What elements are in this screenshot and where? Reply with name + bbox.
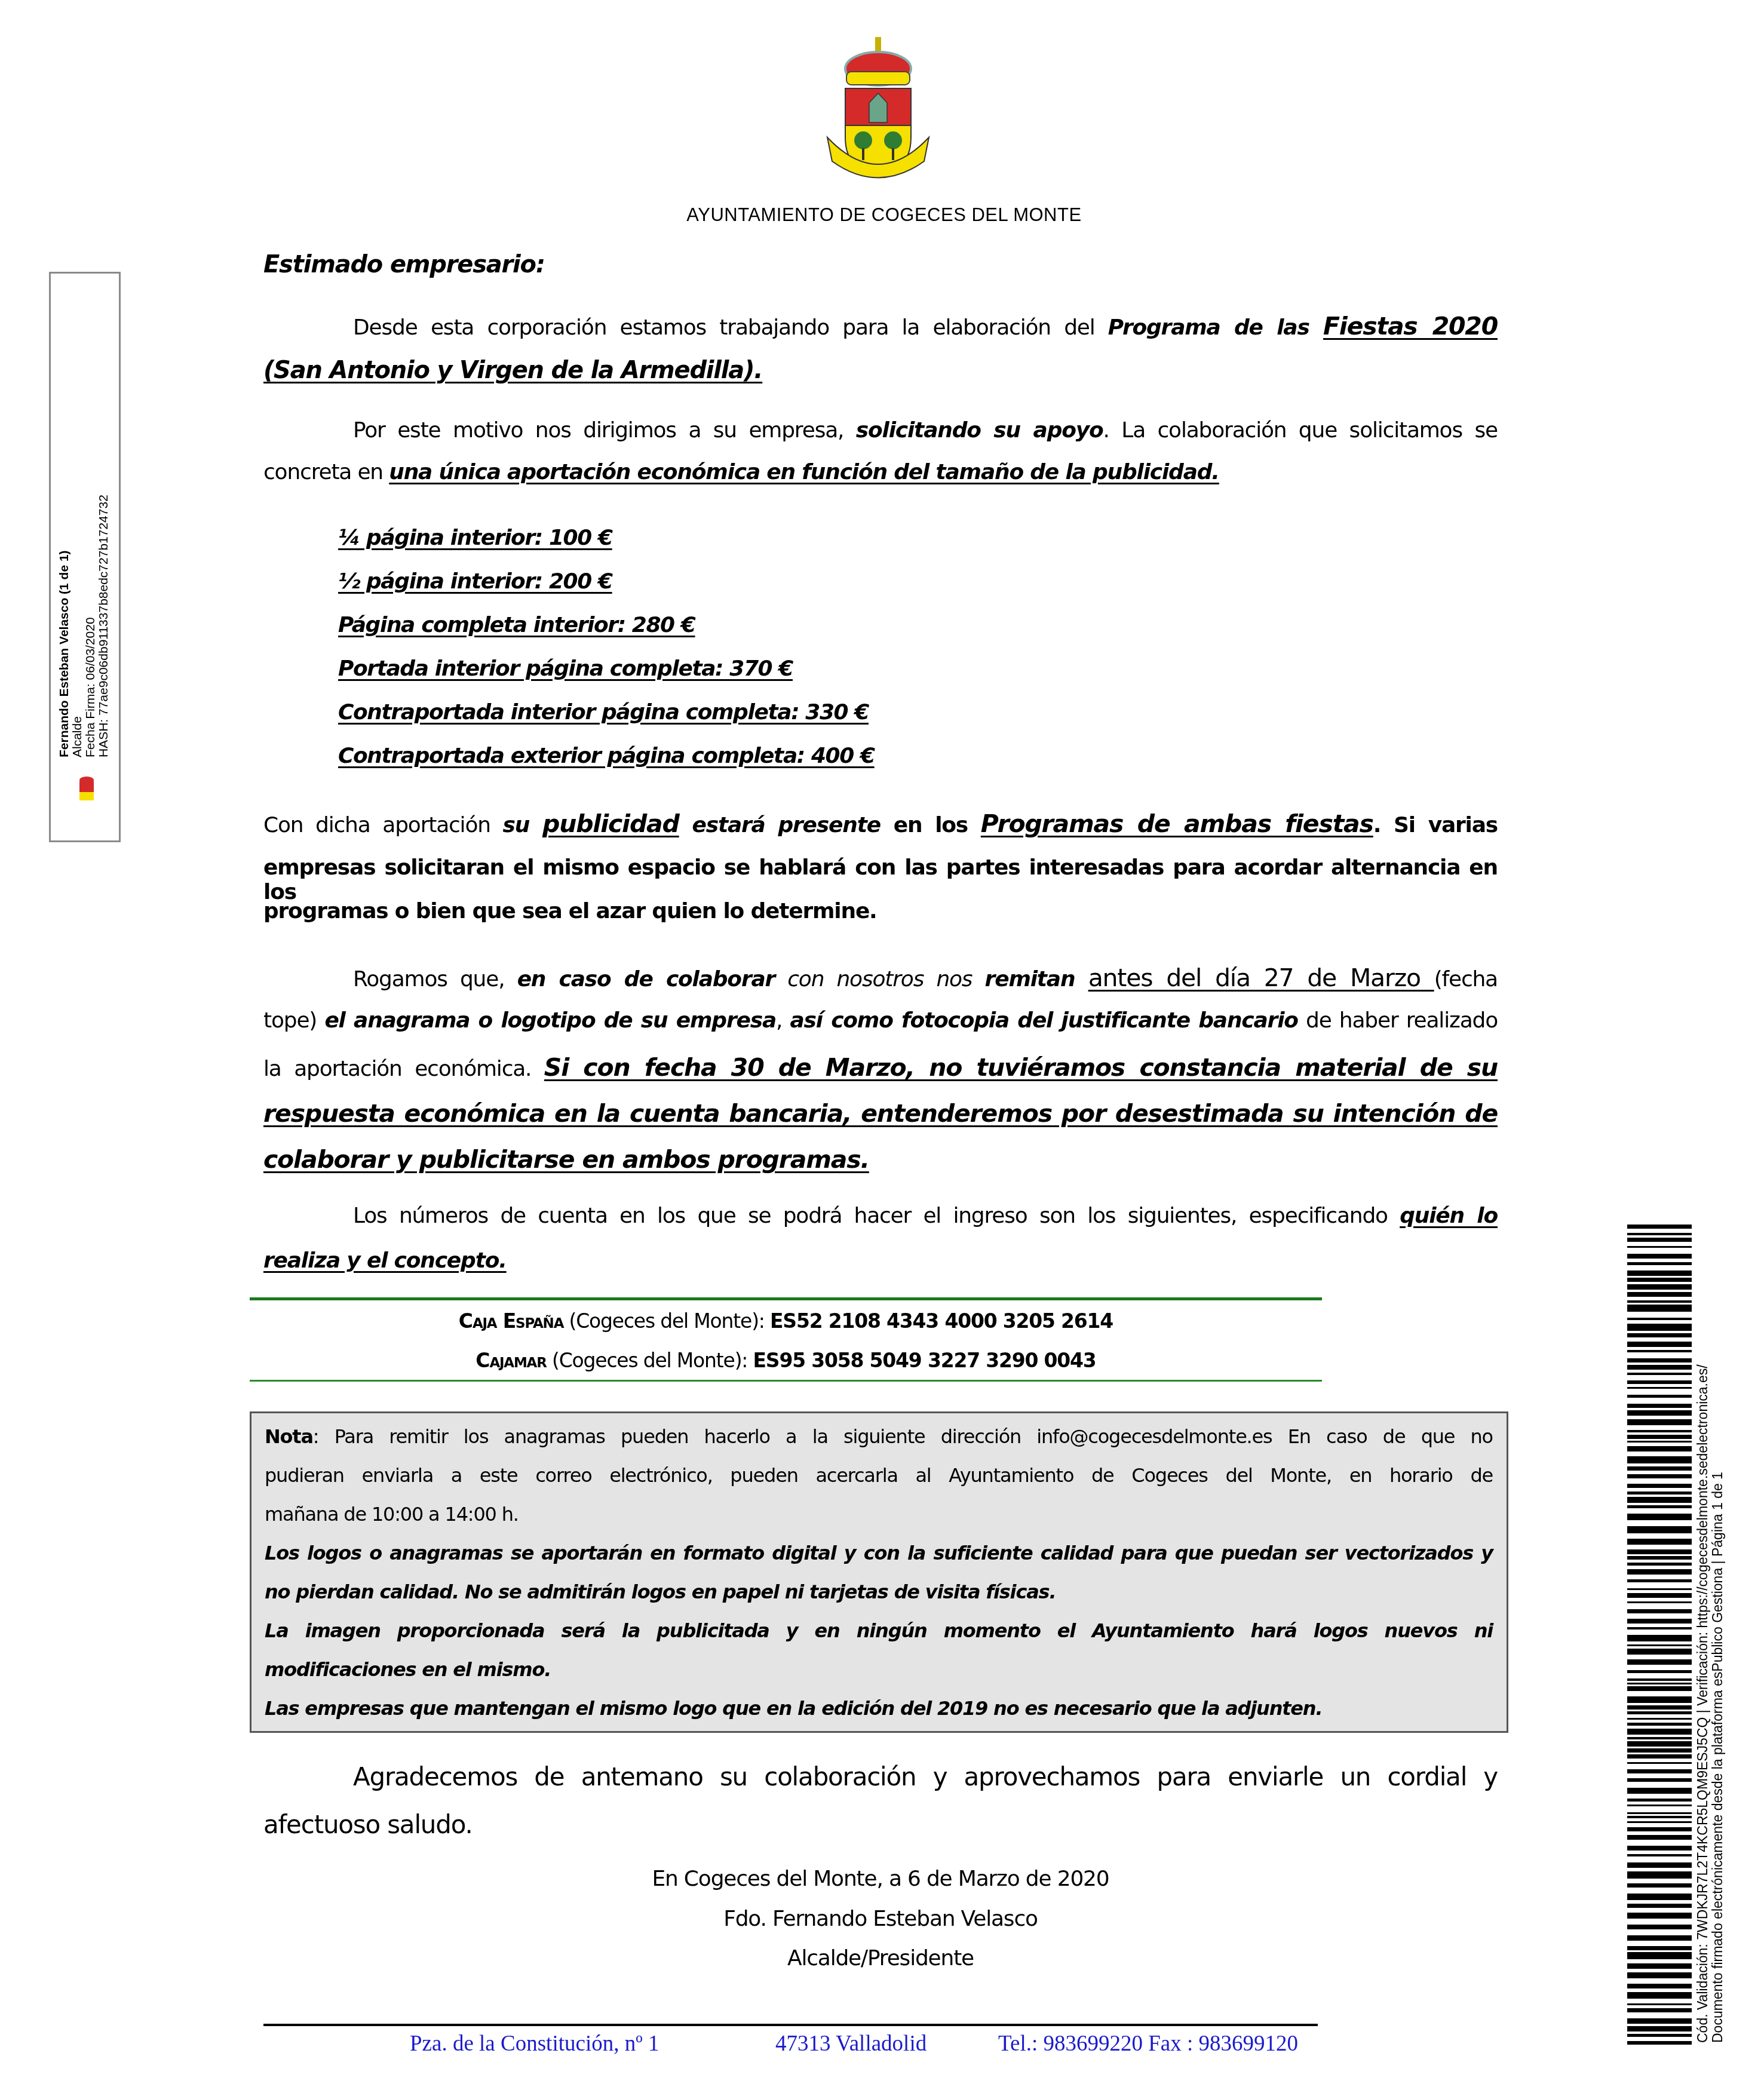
- signature-date: Fecha Firma: 06/03/2020: [84, 399, 97, 757]
- text: solicitando su apoyo: [856, 418, 1103, 443]
- text: Fiestas 2020: [1323, 312, 1498, 340]
- text: . La colaboración que solicitamos se: [1103, 418, 1498, 443]
- text: Programa de las: [1108, 315, 1323, 340]
- signer-name: Fernando Esteban Velasco (1 de 1): [58, 399, 71, 757]
- verification-info: Cód. Validación: 7WDKJR7L2T4KCR5LQM9ESJ5…: [1695, 1207, 1737, 2043]
- text: realiza y el concepto.: [263, 1248, 507, 1273]
- paragraph-4-line-1: Rogamos que, en caso de colaborar con no…: [263, 963, 1498, 992]
- note-line: pudieran enviarla a este correo electrón…: [265, 1464, 1493, 1487]
- text: Los números de cuenta en los que se podr…: [353, 1204, 1400, 1228]
- text: remitan: [985, 967, 1088, 992]
- text: en caso de colaborar: [517, 967, 775, 992]
- crown-icon: [845, 37, 911, 85]
- text: la aportación económica.: [263, 1057, 544, 1081]
- text: en los: [881, 813, 981, 837]
- divider: [250, 1380, 1322, 1382]
- paragraph-1-line-2: (San Antonio y Virgen de la Armedilla).: [263, 357, 1498, 384]
- text: concreta en: [263, 460, 389, 484]
- price-item: Contraportada exterior página completa: …: [338, 744, 875, 768]
- paragraph-4-line-5: colaborar y publicitarse en ambos progra…: [263, 1145, 1498, 1174]
- paragraph-4-line-4: respuesta económica en la cuenta bancari…: [263, 1099, 1498, 1128]
- text: Rogamos que,: [353, 967, 517, 992]
- text: Si con fecha 30 de Marzo, no tuviéramos …: [544, 1053, 1498, 1082]
- text: colaborar y publicitarse en ambos progra…: [263, 1145, 869, 1174]
- text: publicidad: [542, 809, 679, 838]
- note-box: Nota: Para remitir los anagramas pueden …: [250, 1411, 1508, 1733]
- text: . Si varias: [1373, 813, 1498, 837]
- price-item: ½ página interior: 200 €: [338, 569, 612, 594]
- text: de haber realizado: [1298, 1008, 1498, 1033]
- text: Programas de ambas fiestas: [981, 809, 1373, 838]
- signer-name: Fdo. Fernando Esteban Velasco: [263, 1907, 1498, 1931]
- price-item: ¼ página interior: 100 €: [338, 526, 612, 550]
- signer-role: Alcalde/Presidente: [263, 1946, 1498, 1971]
- paragraph-2-line-1: Por este motivo nos dirigimos a su empre…: [263, 418, 1498, 443]
- paragraph-2-line-2: concreta en una única aportación económi…: [263, 460, 1498, 484]
- signature-stamp: Fernando Esteban Velasco (1 de 1) Alcald…: [49, 272, 121, 842]
- paragraph-3-line-2: empresas solicitaran el mismo espacio se…: [263, 855, 1498, 904]
- bank-name: Cajamar: [475, 1349, 546, 1372]
- text: tope): [263, 1008, 324, 1033]
- text: Con dicha aportación: [263, 813, 503, 837]
- note-label: Nota: [265, 1425, 313, 1448]
- postal-code: 47313 Valladolid: [775, 2031, 927, 2057]
- footer-divider: [263, 2024, 1318, 2026]
- place-date: En Cogeces del Monte, a 6 de Marzo de 20…: [263, 1867, 1498, 1891]
- paragraph-5-line-2: realiza y el concepto.: [263, 1248, 1498, 1273]
- signature-hash: HASH: 77ae9c06db911337b8edc727b1724732: [97, 399, 111, 757]
- text: antes del día 27 de Marzo: [1088, 963, 1434, 992]
- mini-crest-icon: [69, 775, 111, 808]
- note-line: no pierdan calidad. No se admitirán logo…: [265, 1581, 1493, 1603]
- signature-details: Fernando Esteban Velasco (1 de 1) Alcald…: [58, 399, 118, 757]
- text: (San Antonio y Virgen de la Armedilla).: [263, 357, 762, 384]
- iban: ES52 2108 4343 4000 3205 2614: [770, 1309, 1113, 1333]
- note-line: modificaciones en el mismo.: [265, 1658, 1493, 1681]
- text: el anagrama o logotipo de su empresa: [324, 1008, 776, 1033]
- paragraph-3-line-3: programas o bien que sea el azar quien l…: [263, 899, 1498, 923]
- organization-name: AYUNTAMIENTO DE COGECES DEL MONTE: [669, 204, 1099, 226]
- paragraph-3-line-1: Con dicha aportación su publicidad estar…: [263, 809, 1498, 838]
- bank-name: Caja España: [459, 1309, 563, 1333]
- text: respuesta económica en la cuenta bancari…: [263, 1099, 1498, 1128]
- text: así como fotocopia del justificante banc…: [790, 1008, 1297, 1033]
- signer-role: Alcalde: [71, 399, 84, 757]
- phone-fax: Tel.: 983699220 Fax : 983699120: [998, 2031, 1298, 2057]
- bank-branch: (Cogeces del Monte):: [547, 1349, 753, 1372]
- divider: [250, 1297, 1322, 1300]
- text: : Para remitir los anagramas pueden hace…: [313, 1425, 1493, 1448]
- validation-code: Cód. Validación: 7WDKJR7L2T4KCR5LQM9ESJ5…: [1695, 1207, 1710, 2043]
- note-line: Los logos o anagramas se aportarán en fo…: [265, 1542, 1493, 1564]
- closing-line-1: Agradecemos de antemano su colaboración …: [263, 1762, 1498, 1791]
- bank-account-row: Cajamar (Cogeces del Monte): ES95 3058 5…: [250, 1349, 1322, 1372]
- bank-account-row: Caja España (Cogeces del Monte): ES52 21…: [250, 1309, 1322, 1333]
- note-line: La imagen proporcionada será la publicit…: [265, 1619, 1493, 1642]
- price-item: Contraportada interior página completa: …: [338, 700, 869, 725]
- iban: ES95 3058 5049 3227 3290 0043: [753, 1349, 1096, 1372]
- price-item: Portada interior página completa: 370 €: [338, 656, 793, 681]
- note-line: mañana de 10:00 a 14:00 h.: [265, 1503, 1493, 1526]
- note-line: Nota: Para remitir los anagramas pueden …: [265, 1425, 1493, 1448]
- note-line: Las empresas que mantengan el mismo logo…: [265, 1697, 1493, 1720]
- text: una única aportación económica en funció…: [389, 460, 1219, 484]
- price-item: Página completa interior: 280 €: [338, 613, 695, 637]
- greeting: Estimado empresario:: [263, 251, 1498, 278]
- paragraph-4-line-2: tope) el anagrama o logotipo de su empre…: [263, 1008, 1498, 1033]
- municipal-crest-logo: [821, 36, 935, 185]
- text: Por este motivo nos dirigimos a su empre…: [353, 418, 856, 443]
- text: con nosotros nos: [775, 967, 985, 992]
- address: Pza. de la Constitución, nº 1: [410, 2031, 659, 2057]
- paragraph-1-line-1: Desde esta corporación estamos trabajand…: [263, 312, 1498, 340]
- closing-line-2: afectuoso saludo.: [263, 1810, 1498, 1839]
- bank-branch: (Cogeces del Monte):: [563, 1309, 770, 1333]
- signature-platform: Documento firmado electrónicamente desde…: [1710, 1207, 1725, 2043]
- text: su: [503, 813, 542, 837]
- text: (fecha: [1434, 967, 1498, 992]
- paragraph-4-line-3: la aportación económica. Si con fecha 30…: [263, 1053, 1498, 1082]
- text: Desde esta corporación estamos trabajand…: [353, 315, 1108, 340]
- barcode-icon: [1627, 1225, 1692, 2049]
- text: quién lo: [1400, 1204, 1498, 1228]
- text: estará presente: [679, 813, 881, 837]
- text: ,: [776, 1008, 790, 1033]
- paragraph-5-line-1: Los números de cuenta en los que se podr…: [263, 1204, 1498, 1228]
